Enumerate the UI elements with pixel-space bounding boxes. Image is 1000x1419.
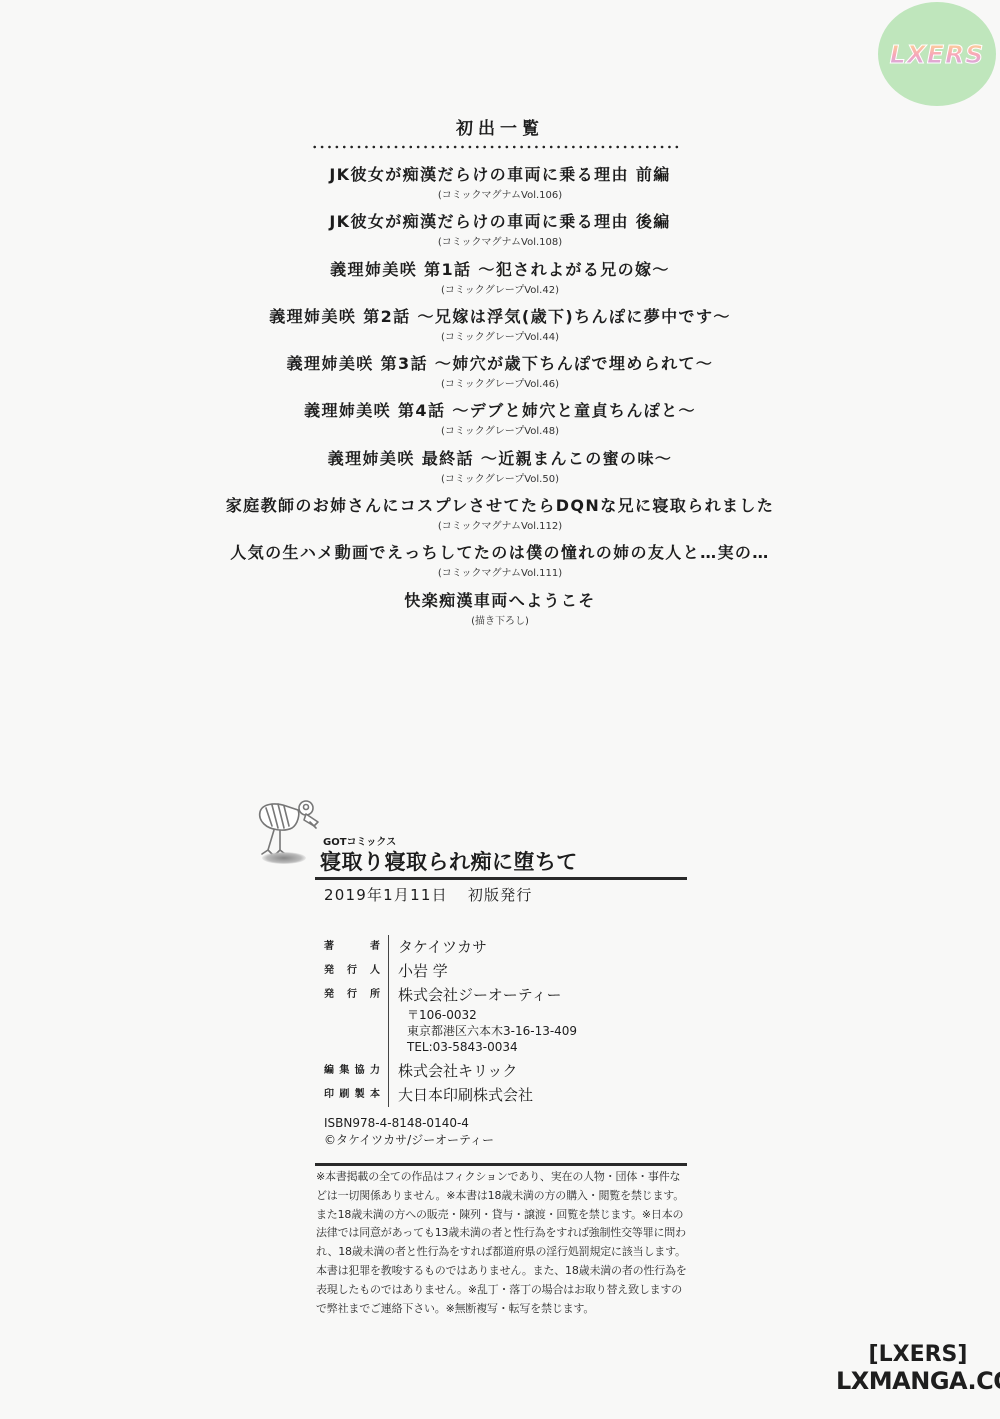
toc-item-title: JK彼女が痴漢だらけの車両に乗る理由 後編	[0, 211, 1000, 233]
postal-code: 〒106-0032	[407, 1007, 577, 1023]
credit-row-publisher-person: 発行人 小岩 学	[324, 959, 577, 983]
toc-item: 家庭教師のお姉さんにコスプレさせてたらDQNな兄に寝取られました (コミックマグ…	[0, 495, 1000, 542]
toc-item: 義理姉美咲 第2話 〜兄嫁は浮気(歳下)ちんぽに夢中です〜 (コミックグレープV…	[0, 306, 1000, 353]
toc-item: 人気の生ハメ動画でえっちしてたのは僕の憧れの姉の友人と…実の… (コミックマグナ…	[0, 542, 1000, 589]
toc-item-source: (描き下ろし)	[0, 615, 1000, 629]
toc-item-title: 義理姉美咲 第3話 〜姉穴が歳下ちんぽで埋められて〜	[0, 353, 1000, 375]
title-rule	[315, 877, 687, 880]
credit-value: 大日本印刷株式会社	[389, 1083, 533, 1107]
toc-item-title: 義理姉美咲 第2話 〜兄嫁は浮気(歳下)ちんぽに夢中です〜	[0, 306, 1000, 328]
publisher-address: 〒106-0032 東京都港区六本木3-16-13-409 TEL:03-584…	[324, 1007, 577, 1059]
credit-row-printing: 印刷製本 大日本印刷株式会社	[324, 1083, 577, 1107]
telephone: TEL:03-5843-0034	[407, 1039, 577, 1055]
lxers-logo-text: LXERS	[890, 40, 985, 69]
toc-item: 義理姉美咲 第4話 〜デブと姉穴と童貞ちんぽと〜 (コミックグレープVol.48…	[0, 400, 1000, 447]
toc-item: JK彼女が痴漢だらけの車両に乗る理由 前編 (コミックマグナムVol.106)	[0, 164, 1000, 211]
publication-date-line: 2019年1月11日初版発行	[324, 884, 533, 905]
toc-item-source: (コミックマグナムVol.108)	[0, 236, 1000, 250]
credit-value: 株式会社キリック	[389, 1059, 517, 1083]
credit-value: 小岩 学	[389, 959, 448, 983]
edition-label: 初版発行	[468, 886, 533, 904]
credit-row-publisher: 発行所 株式会社ジーオーティー	[324, 983, 577, 1007]
copyright: ©タケイツカサ/ジーオーティー	[324, 1132, 494, 1149]
toc-item-title: JK彼女が痴漢だらけの車両に乗る理由 前編	[0, 164, 1000, 186]
isbn-block: ISBN978-4-8148-0140-4 ©タケイツカサ/ジーオーティー	[324, 1115, 494, 1149]
credit-row-author: 著 者 タケイツカサ	[324, 935, 577, 959]
toc-item: 義理姉美咲 最終話 〜近親まんこの蜜の味〜 (コミックグレープVol.50)	[0, 448, 1000, 495]
credit-label: 編集協力	[324, 1059, 389, 1083]
publication-date: 2019年1月11日	[324, 886, 448, 904]
bird-shadow	[262, 852, 306, 864]
toc-item-title: 義理姉美咲 最終話 〜近親まんこの蜜の味〜	[0, 448, 1000, 470]
toc-item: 義理姉美咲 第3話 〜姉穴が歳下ちんぽで埋められて〜 (コミックグレープVol.…	[0, 353, 1000, 400]
toc-item-title: 義理姉美咲 第1話 〜犯されよがる兄の嫁〜	[0, 259, 1000, 281]
address-lines: 〒106-0032 東京都港区六本木3-16-13-409 TEL:03-584…	[389, 1007, 577, 1055]
credit-label: 発行所	[324, 983, 389, 1007]
toc-item: 快楽痴漢車両へようこそ (描き下ろし)	[0, 590, 1000, 637]
credit-label: 著 者	[324, 935, 389, 959]
credit-value: 株式会社ジーオーティー	[389, 983, 562, 1007]
toc-item-source: (コミックグレープVol.44)	[0, 331, 1000, 345]
toc-item-source: (コミックグレープVol.48)	[0, 425, 1000, 439]
toc-item: JK彼女が痴漢だらけの車両に乗る理由 後編 (コミックマグナムVol.108)	[0, 211, 1000, 258]
toc-item-source: (コミックマグナムVol.112)	[0, 520, 1000, 534]
street-address: 東京都港区六本木3-16-13-409	[407, 1023, 577, 1039]
credit-row-editorial: 編集協力 株式会社キリック	[324, 1059, 577, 1083]
toc-list: JK彼女が痴漢だらけの車両に乗る理由 前編 (コミックマグナムVol.106) …	[0, 164, 1000, 637]
dotted-divider	[311, 145, 683, 149]
isbn: ISBN978-4-8148-0140-4	[324, 1115, 494, 1132]
toc-item-title: 義理姉美咲 第4話 〜デブと姉穴と童貞ちんぽと〜	[0, 400, 1000, 422]
lxmanga-watermark: [LXERS] LXMANGA.COM	[836, 1342, 1000, 1394]
book-title: 寝取り寝取られ痴に堕ちて	[320, 846, 578, 876]
toc-item: 義理姉美咲 第1話 〜犯されよがる兄の嫁〜 (コミックグレープVol.42)	[0, 259, 1000, 306]
disclaimer-text: ※本書掲載の全ての作品はフィクションであり、実在の人物・団体・事件などは一切関係…	[316, 1168, 688, 1318]
toc-item-source: (コミックマグナムVol.106)	[0, 189, 1000, 203]
toc-item-source: (コミックグレープVol.42)	[0, 284, 1000, 298]
toc-item-source: (コミックマグナムVol.111)	[0, 567, 1000, 581]
toc-item-source: (コミックグレープVol.50)	[0, 473, 1000, 487]
credit-label: 印刷製本	[324, 1083, 389, 1107]
toc-item-title: 快楽痴漢車両へようこそ	[0, 590, 1000, 612]
credit-label: 発行人	[324, 959, 389, 983]
address-label-spacer	[324, 1007, 389, 1059]
disclaimer-rule	[315, 1163, 687, 1166]
toc-item-title: 人気の生ハメ動画でえっちしてたのは僕の憧れの姉の友人と…実の…	[0, 542, 1000, 564]
lxers-logo-badge: LXERS	[878, 2, 996, 106]
credit-value: タケイツカサ	[389, 935, 487, 959]
toc-item-source: (コミックグレープVol.46)	[0, 378, 1000, 392]
watermark-line2: LXMANGA.COM	[836, 1368, 1000, 1394]
watermark-line1: [LXERS]	[836, 1342, 1000, 1368]
toc-item-title: 家庭教師のお姉さんにコスプレさせてたらDQNな兄に寝取られました	[0, 495, 1000, 517]
toc-heading: 初出一覧	[0, 114, 1000, 139]
credits-block: 著 者 タケイツカサ 発行人 小岩 学 発行所 株式会社ジーオーティー 〒106…	[324, 935, 577, 1107]
